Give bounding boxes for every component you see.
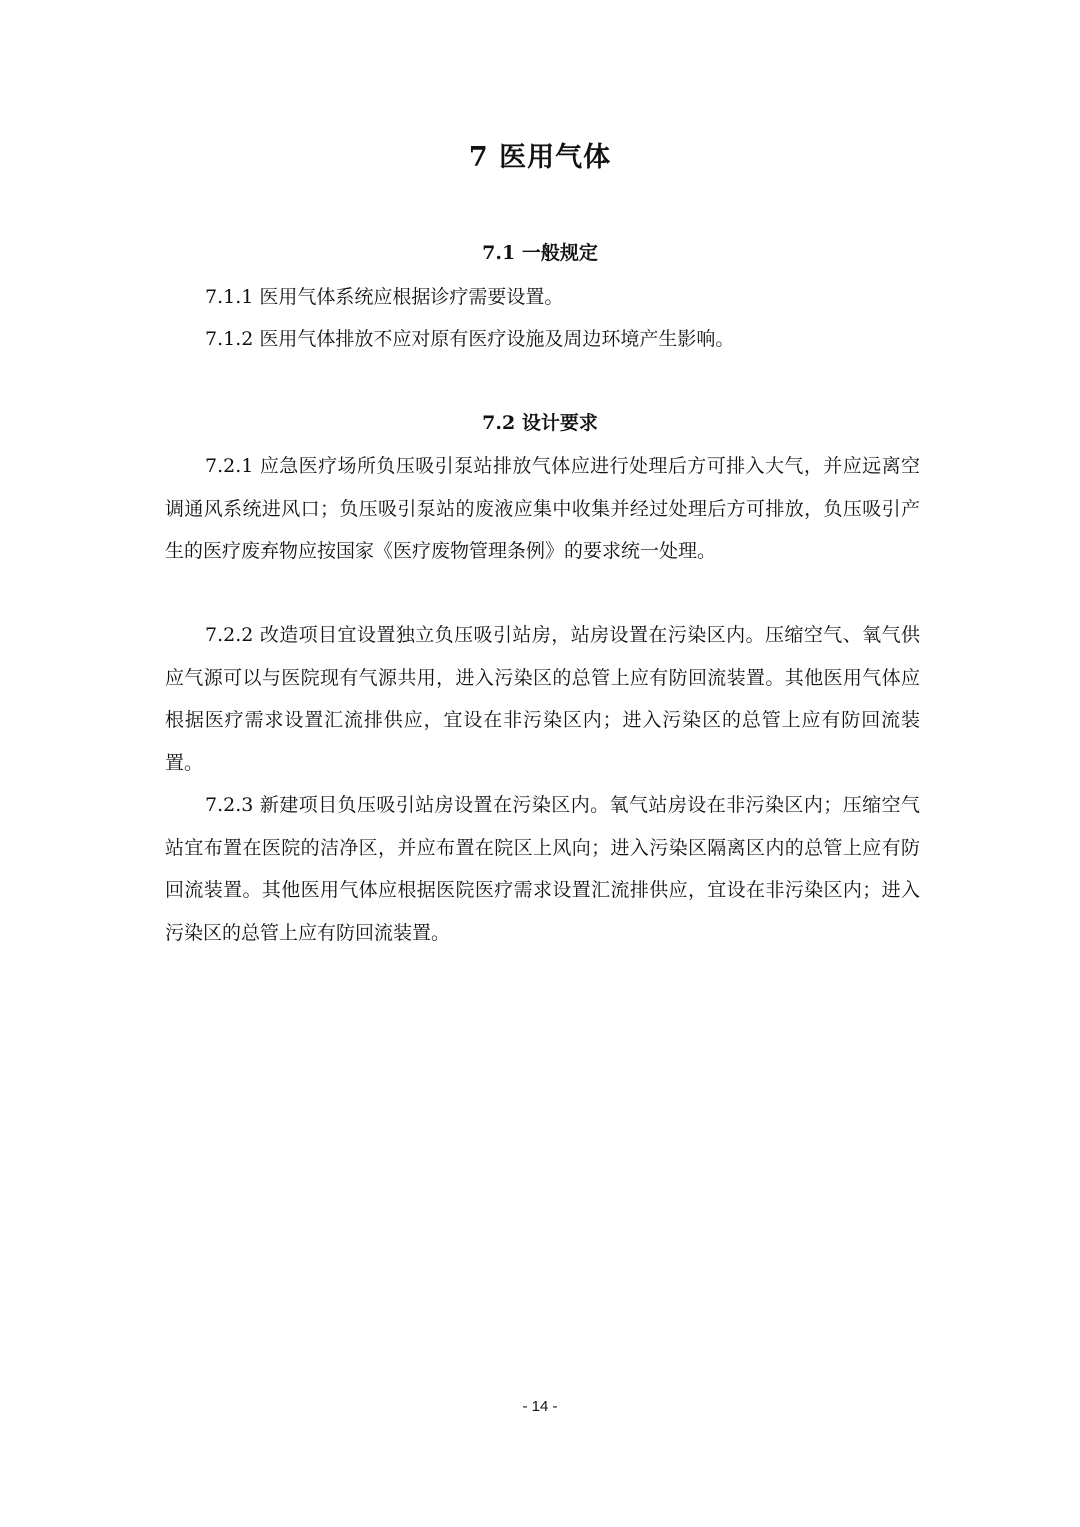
clause-7-2-3: 7.2.3 新建项目负压吸引站房设置在污染区内。氧气站房设在非污染区内；压缩空气…	[165, 784, 920, 954]
clause-7-2-1: 7.2.1 应急医疗场所负压吸引泵站排放气体应进行处理后方可排入大气，并应远离空…	[165, 445, 920, 573]
chapter-title: 7 医用气体	[0, 138, 1080, 178]
document-page: 7 医用气体 7.1 一般规定 7.1.1 医用气体系统应根据诊疗需要设置。 7…	[0, 0, 1080, 1527]
clause-7-1-2: 7.1.2 医用气体排放不应对原有医疗设施及周边环境产生影响。	[165, 318, 920, 361]
clause-7-2-2: 7.2.2 改造项目宜设置独立负压吸引站房，站房设置在污染区内。压缩空气、氧气供…	[165, 614, 920, 784]
section-title-7-1: 7.1 一般规定	[0, 238, 1080, 268]
clause-7-1-1: 7.1.1 医用气体系统应根据诊疗需要设置。	[165, 276, 920, 319]
page-number: - 14 -	[0, 1398, 1080, 1415]
section-title-7-2: 7.2 设计要求	[0, 408, 1080, 438]
